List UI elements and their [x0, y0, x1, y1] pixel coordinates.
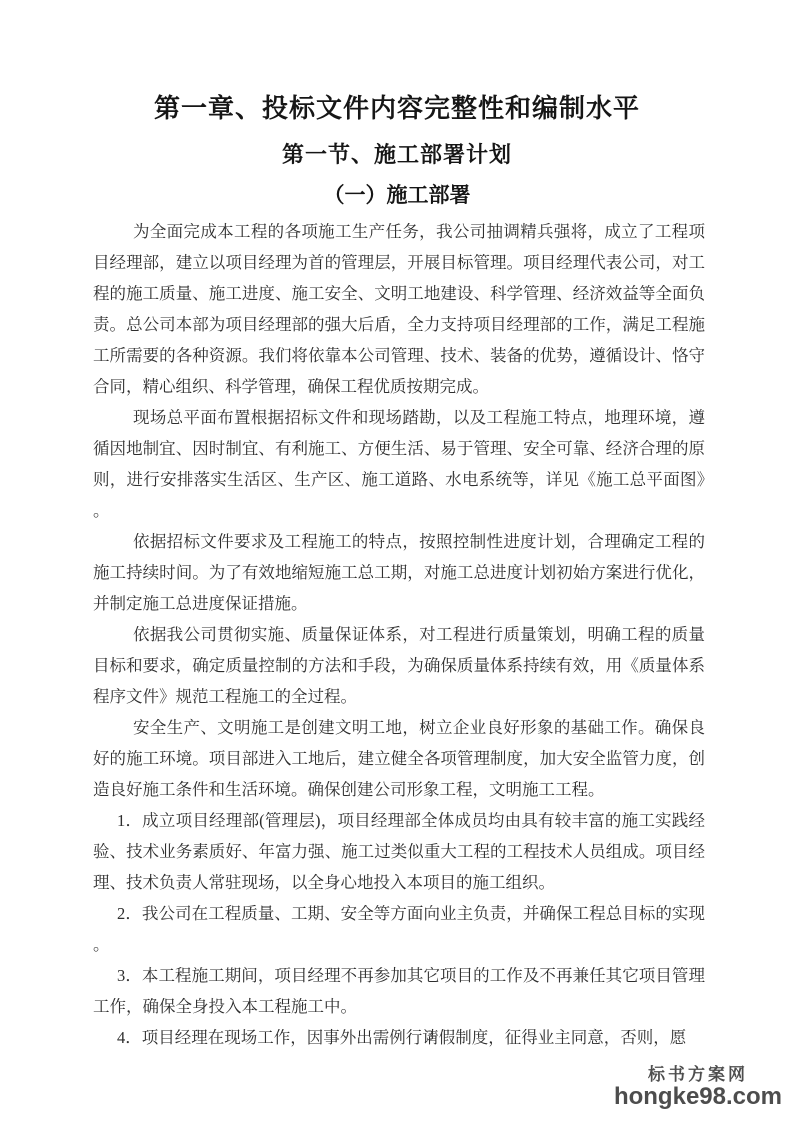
- paragraph: 依据我公司贯彻实施、质量保证体系，对工程进行质量策划，明确工程的质量目标和要求，…: [93, 619, 705, 712]
- section-title: 第一节、施工部署计划: [0, 140, 794, 170]
- paragraph: 安全生产、文明施工是创建文明工地，树立企业良好形象的基础工作。确保良好的施工环境…: [93, 712, 705, 805]
- watermark-site-name: 标书方案网: [614, 1065, 782, 1084]
- paragraph: 1．成立项目经理部(管理层)，项目经理部全体成员均由具有较丰富的施工实践经验、技…: [93, 805, 705, 898]
- paragraph: 为全面完成本工程的各项施工生产任务，我公司抽调精兵强将，成立了工程项目经理部，建…: [93, 216, 705, 402]
- paragraph: 依据招标文件要求及工程施工的特点，按照控制性进度计划，合理确定工程的施工持续时间…: [93, 526, 705, 619]
- paragraph: 现场总平面布置根据招标文件和现场踏勘，以及工程施工特点，地理环境，遵循因地制宜、…: [93, 402, 705, 526]
- paragraph: 3．本工程施工期间，项目经理不再参加其它项目的工作及不再兼任其它项目管理工作，确…: [93, 960, 705, 1022]
- watermark: 标书方案网 hongke98.com: [614, 1065, 782, 1109]
- document-body: 为全面完成本工程的各项施工生产任务，我公司抽调精兵强将，成立了工程项目经理部，建…: [93, 216, 705, 1053]
- chapter-title: 第一章、投标文件内容完整性和编制水平: [0, 90, 794, 126]
- document-page: 第一章、投标文件内容完整性和编制水平 第一节、施工部署计划 （一）施工部署 为全…: [0, 0, 794, 1122]
- page-number: 3: [385, 1026, 475, 1046]
- paragraph: 2．我公司在工程质量、工期、安全等方面向业主负责，并确保工程总目标的实现。: [93, 898, 705, 960]
- subsection-title: （一）施工部署: [0, 182, 794, 210]
- watermark-site-url: hongke98.com: [614, 1084, 782, 1109]
